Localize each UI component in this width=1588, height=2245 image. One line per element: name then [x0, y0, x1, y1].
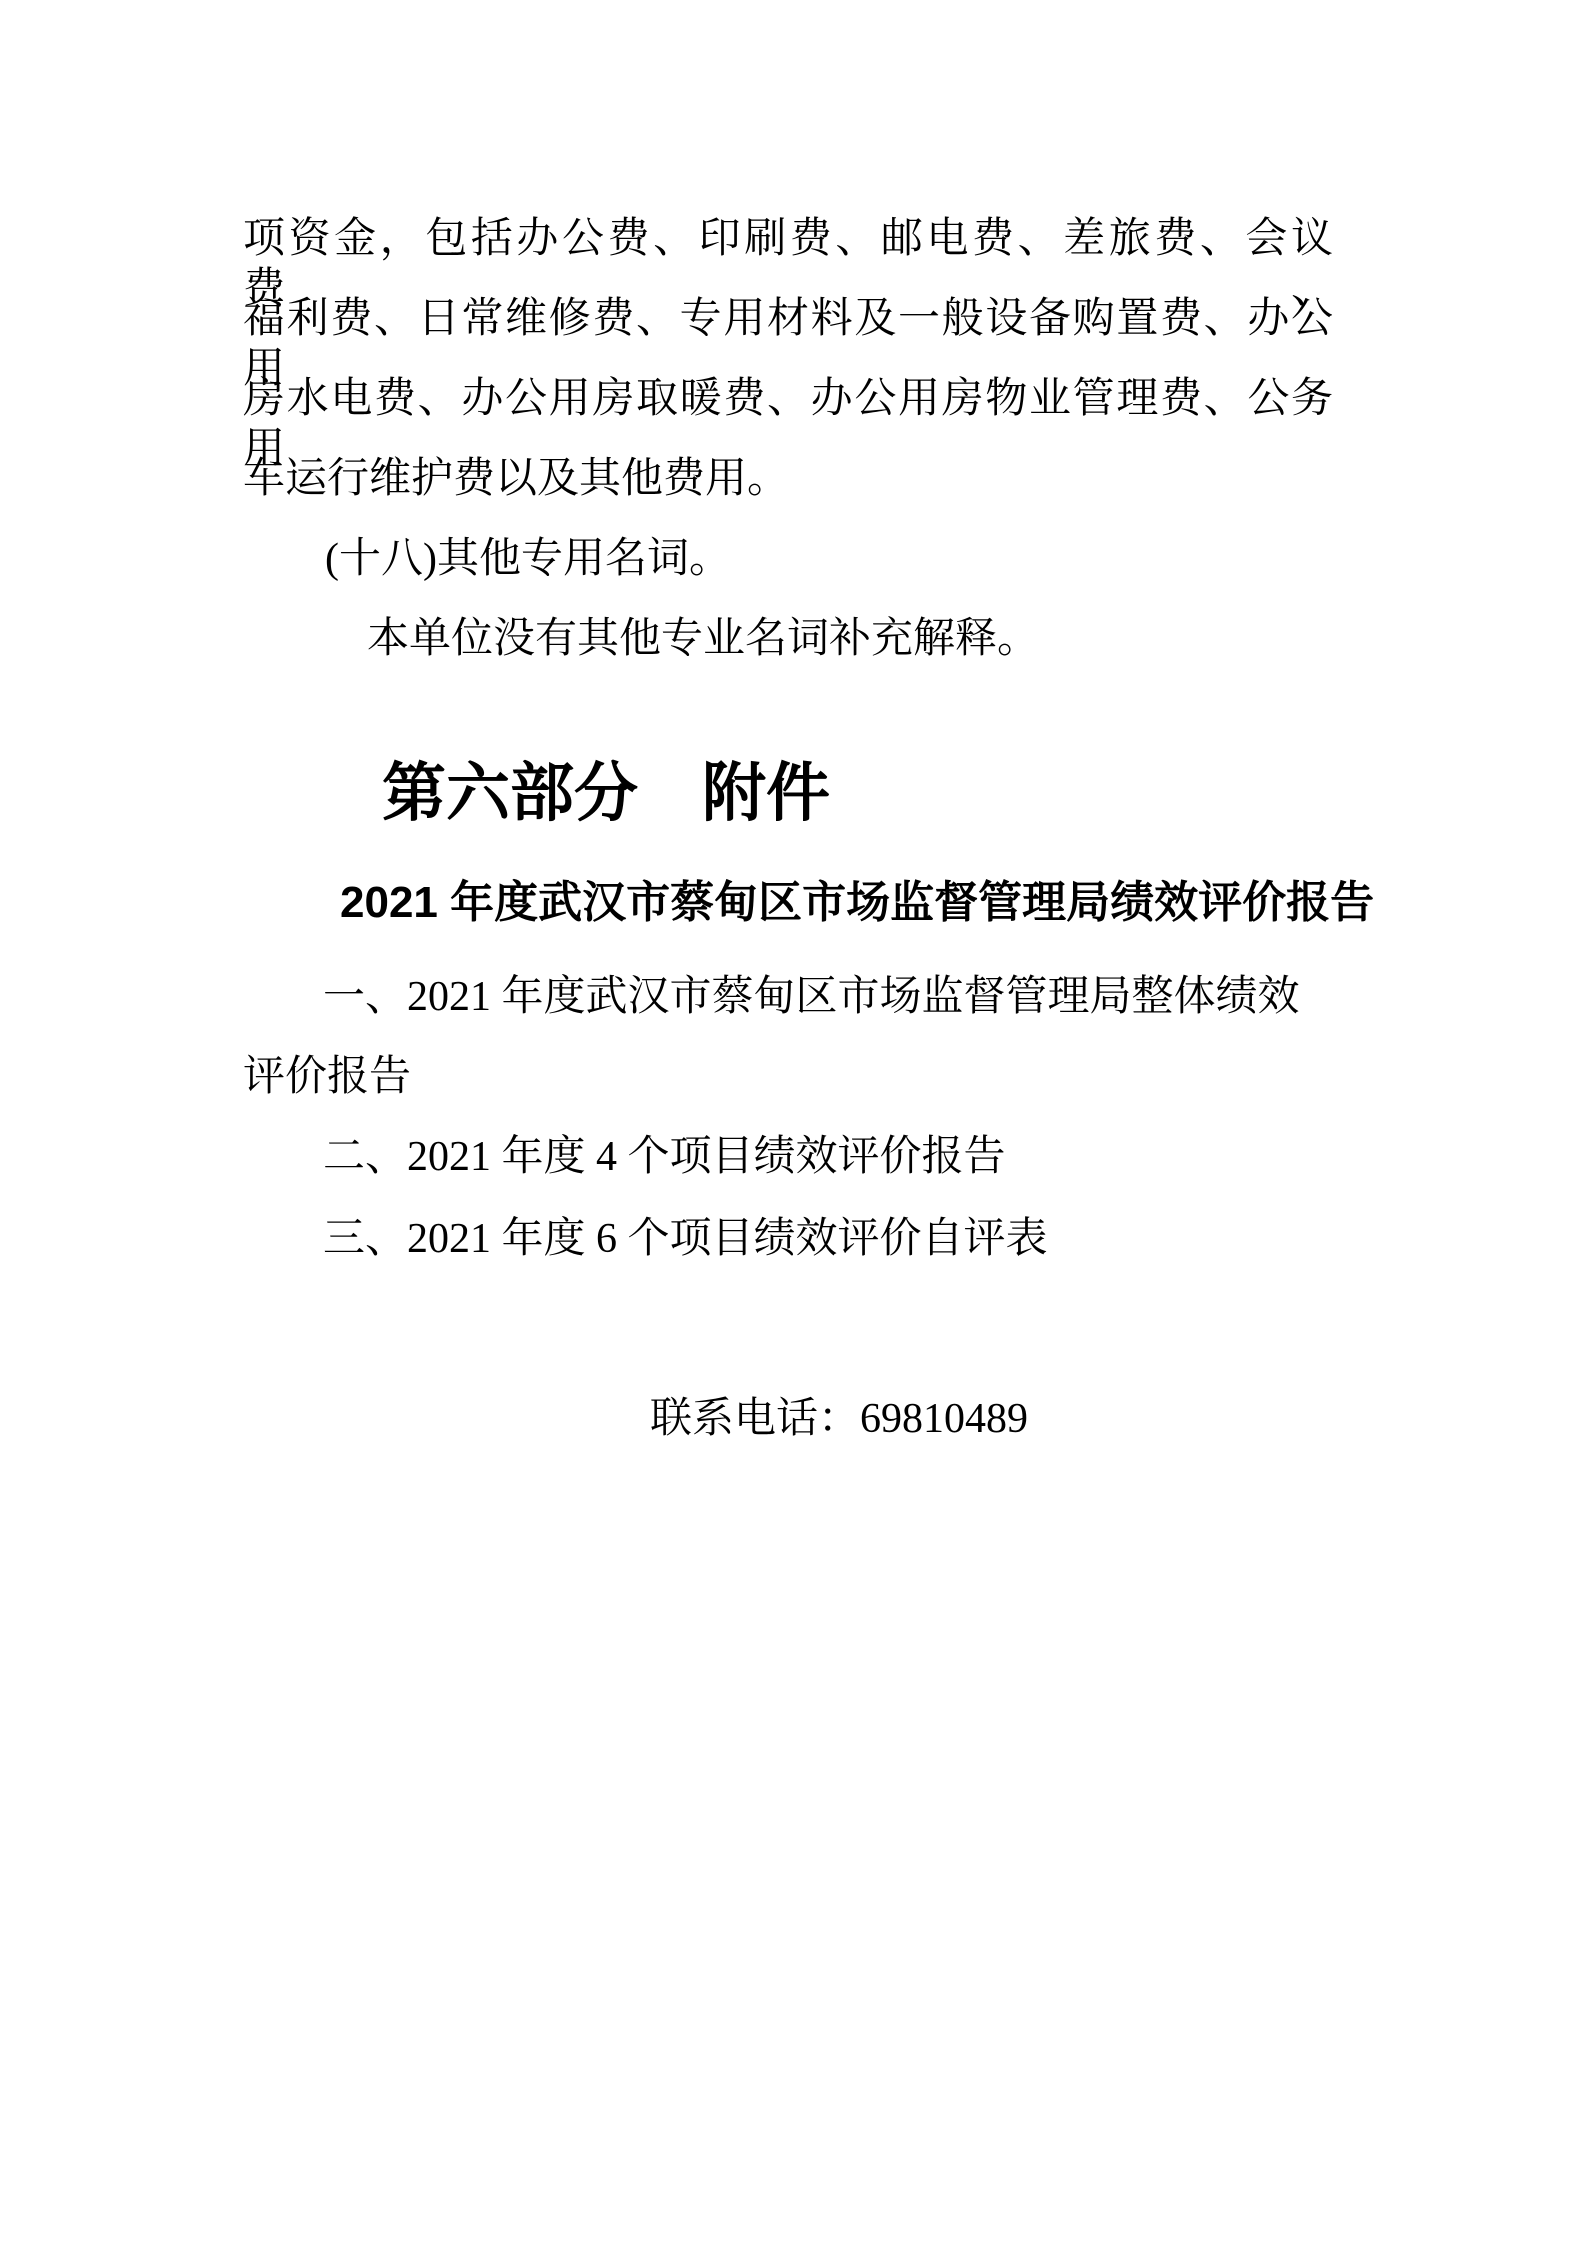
attachment-item-2: 二、2021 年度 4 个项目绩效评价报告 — [323, 1132, 1006, 1182]
part-six-title: 第六部分 附件 — [382, 758, 830, 828]
attachment-item-1-line-2: 评价报告 — [243, 1052, 411, 1102]
paragraph-funds-line-4: 车运行维护费以及其他费用。 — [243, 454, 789, 504]
attachment-item-3: 三、2021 年度 6 个项目绩效评价自评表 — [323, 1214, 1048, 1264]
term-section-heading: (十八)其他专用名词。 — [325, 534, 731, 584]
report-title: 2021 年度武汉市蔡甸区市场监督管理局绩效评价报告 — [340, 878, 1374, 929]
contact-phone: 联系电话：69810489 — [650, 1394, 1028, 1444]
document-page: 项资金，包括办公费、印刷费、邮电费、差旅费、会议费、 福利费、日常维修费、专用材… — [0, 0, 1588, 2245]
term-section-note: 本单位没有其他专业名词补充解释。 — [367, 614, 1039, 664]
attachment-item-1-line-1: 一、2021 年度武汉市蔡甸区市场监督管理局整体绩效 — [323, 972, 1300, 1022]
